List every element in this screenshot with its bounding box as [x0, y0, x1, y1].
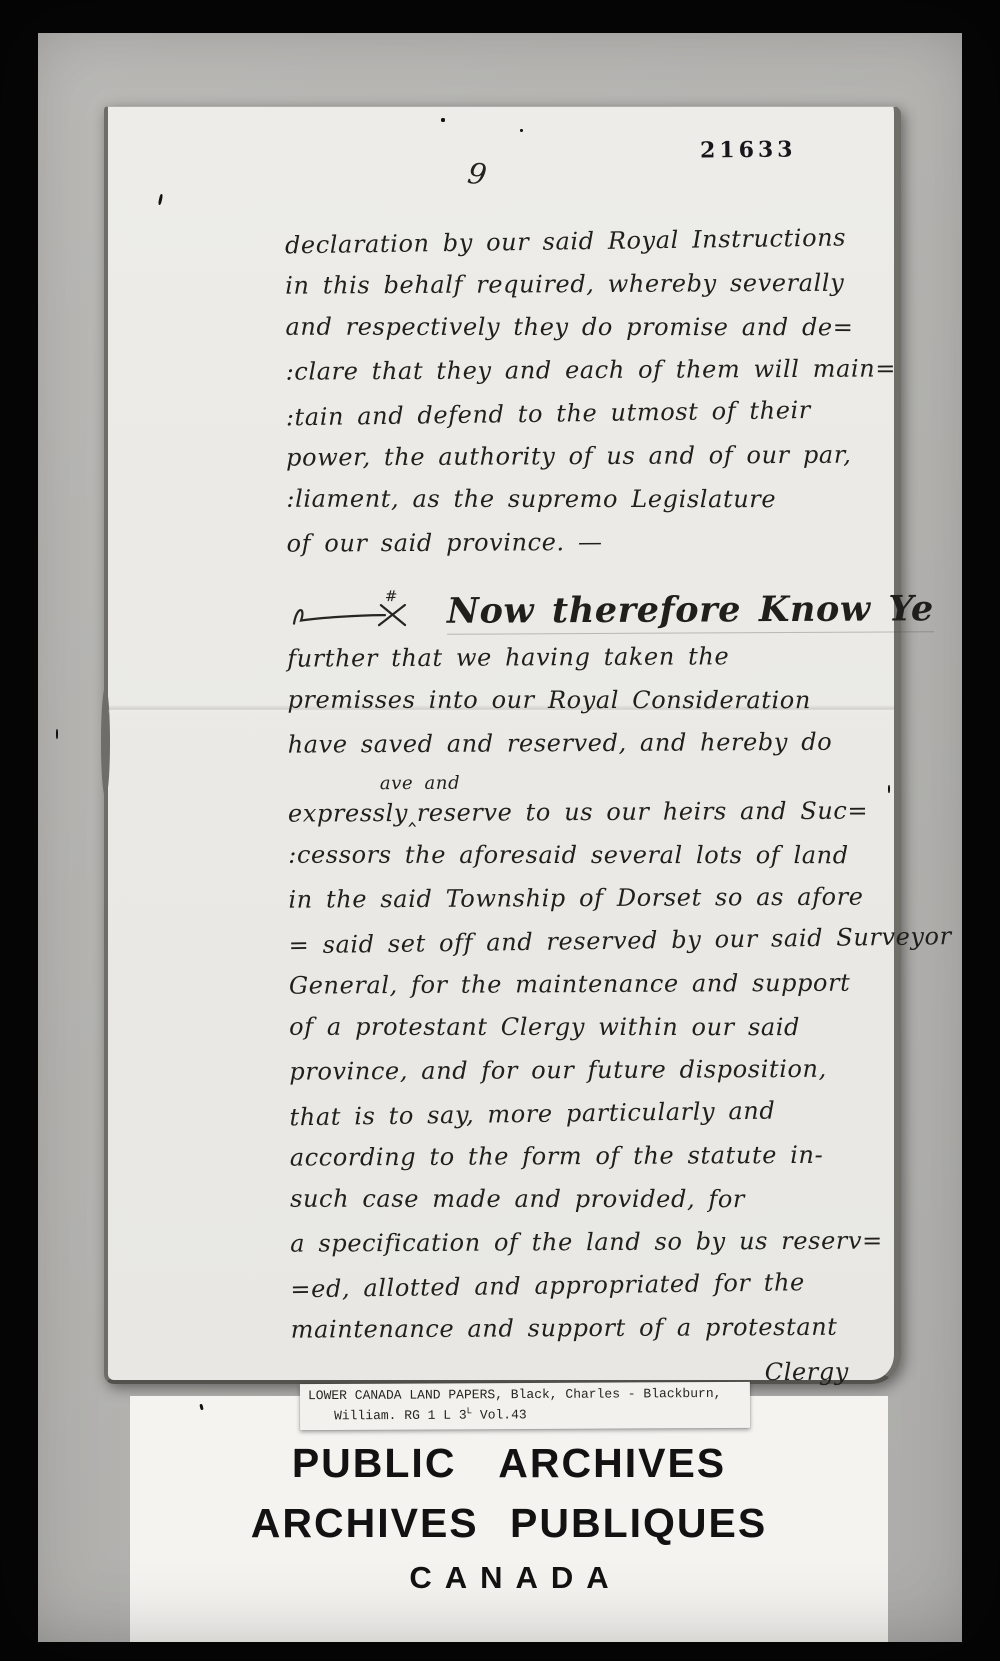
- manuscript-line: :tain and defend to the utmost of their: [286, 395, 907, 447]
- manuscript-line: :clare that they and each of them will m…: [286, 354, 906, 400]
- manuscript-line: have saved and reserved, and hereby do: [288, 727, 908, 773]
- manuscript-line: premisses into our Royal Consideration: [287, 686, 907, 730]
- page-number: 9: [465, 156, 489, 192]
- scanned-document-photo: 21633 9 declaration by our said Royal In…: [0, 0, 1000, 1661]
- manuscript-line: in this behalf required, whereby several…: [285, 268, 905, 314]
- dust-speck: [520, 129, 523, 132]
- heading-text: Now therefore Know Ye: [447, 588, 934, 635]
- manuscript-line: a specification of the land so by us res…: [290, 1226, 910, 1272]
- manuscript-line: according to the form of the statute in-: [290, 1140, 910, 1186]
- manuscript-heading: # Now therefore Know Ye: [287, 569, 907, 644]
- manuscript-line: and respectively they do promise and de=: [285, 313, 905, 357]
- manuscript-line: maintenance and support of a protestant: [291, 1312, 911, 1358]
- archive-card-country: CANADA: [130, 1547, 888, 1596]
- manuscript-line: that is to say, more particularly and: [289, 1095, 910, 1147]
- archive-card-title-fr: ARCHIVES PUBLIQUES: [130, 1487, 888, 1547]
- manuscript-line: =ed, allotted and appropriated for the: [290, 1267, 911, 1319]
- manuscript-text: declaration by our said Royal Instructio…: [285, 225, 911, 1396]
- interlinear-insertion: ave and: [288, 770, 908, 799]
- insertion-mark-icon: #: [287, 593, 435, 634]
- reference-label-line2-volume: Vol.43: [472, 1407, 527, 1422]
- dust-speck: [56, 729, 58, 739]
- archive-card: PUBLIC ARCHIVES ARCHIVES PUBLIQUES CANAD…: [130, 1396, 888, 1642]
- reference-label-line2: William. RG 1 L 3L Vol.43: [308, 1402, 744, 1425]
- manuscript-line: in the said Township of Dorset so as afo…: [288, 882, 908, 928]
- manuscript-line: of a protestant Clergy within our said: [289, 1013, 909, 1057]
- manuscript-line: province, and for our future disposition…: [289, 1054, 909, 1100]
- manuscript-line: :liament, as the supremo Legislature: [286, 485, 906, 529]
- reference-label: LOWER CANADA LAND PAPERS, Black, Charles…: [300, 1382, 750, 1431]
- manuscript-line: further that we having taken the: [287, 641, 907, 687]
- dust-speck: [441, 118, 445, 122]
- reference-label-line2-text: William. RG 1 L 3: [334, 1408, 467, 1424]
- manuscript-line: power, the authority of us and of our pa…: [286, 440, 906, 486]
- archive-stamp-number: 21633: [700, 136, 797, 163]
- dust-speck: [888, 785, 890, 793]
- manuscript-line: = said set off and reserved by our said …: [288, 923, 909, 975]
- manuscript-page: 21633 9 declaration by our said Royal In…: [104, 106, 901, 1384]
- manuscript-line: :cessors the aforesaid several lots of l…: [288, 841, 908, 885]
- manuscript-line: declaration by our said Royal Instructio…: [285, 223, 906, 275]
- manuscript-line: expressly‸reserve to us our heirs and Su…: [288, 796, 908, 842]
- reference-label-line1: LOWER CANADA LAND PAPERS, Black, Charles…: [308, 1386, 744, 1404]
- manuscript-line: such case made and provided, for: [290, 1185, 910, 1229]
- manuscript-line: General, for the maintenance and support: [289, 968, 909, 1014]
- manuscript-line: of our said province. —: [287, 526, 907, 572]
- hash-mark: #: [385, 587, 398, 605]
